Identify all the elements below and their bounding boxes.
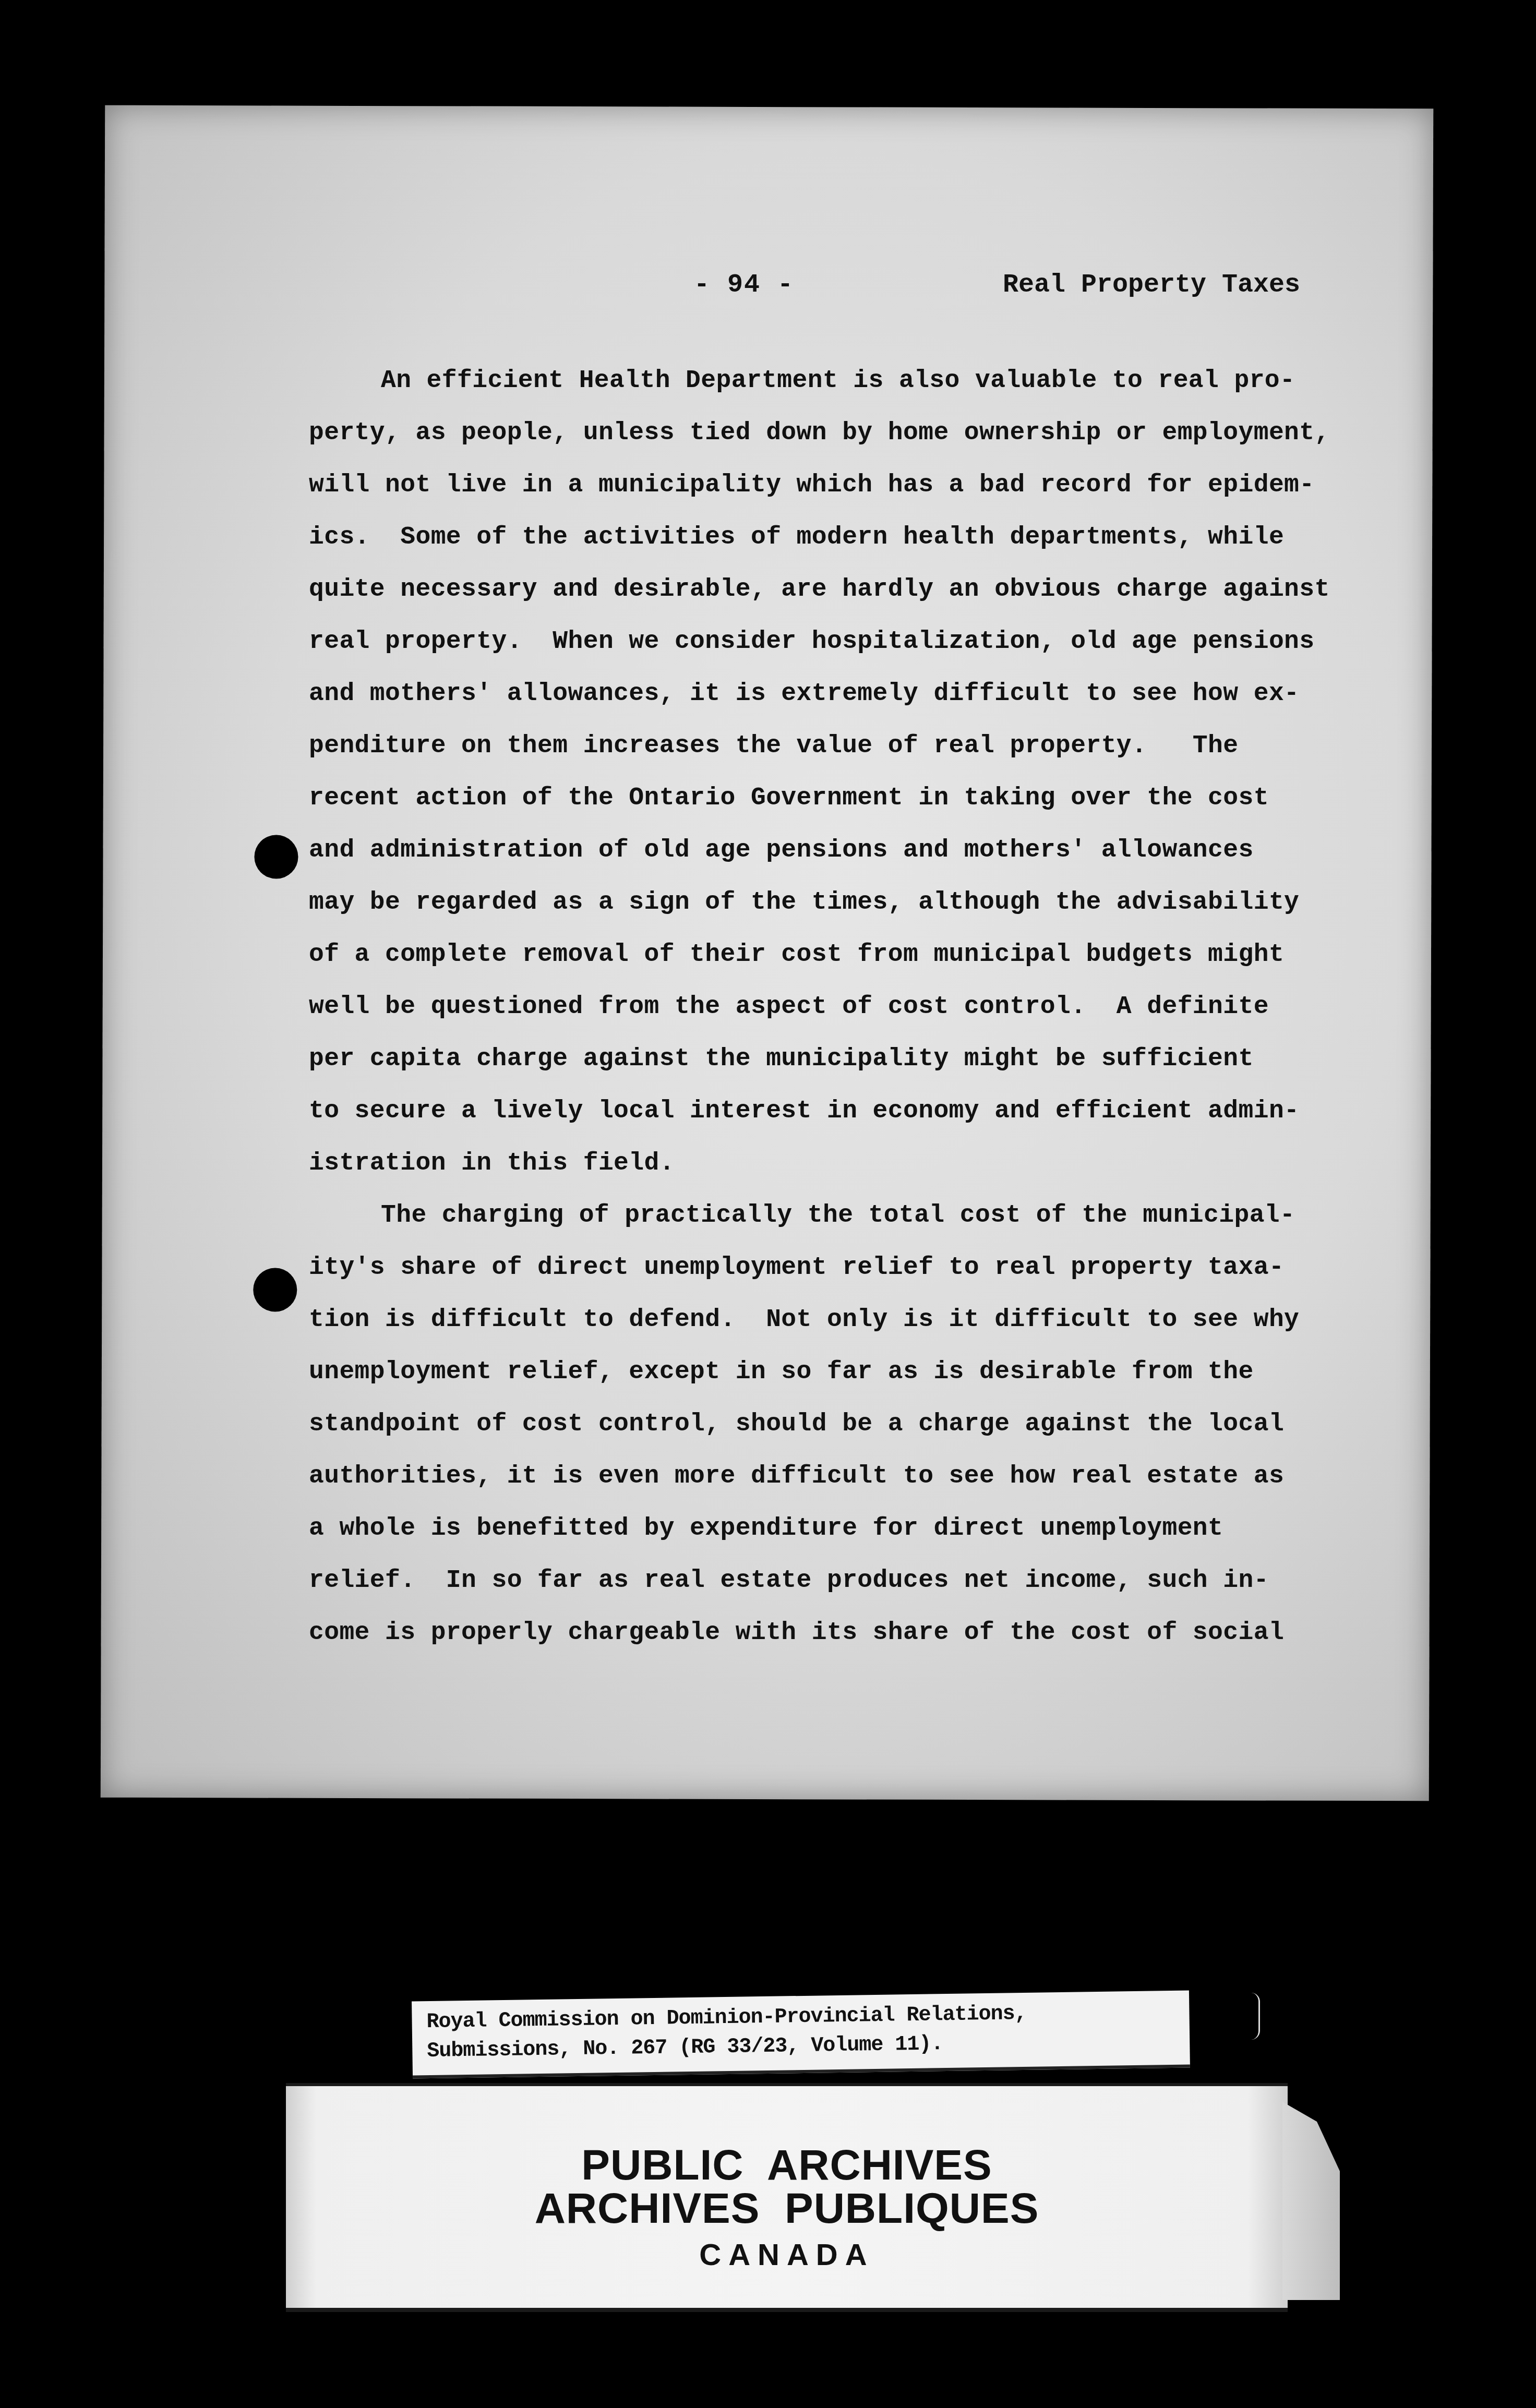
archive-stamp-card: PUBLIC ARCHIVES ARCHIVES PUBLIQUES CANAD… (286, 2083, 1288, 2312)
text-line: come is properly chargeable with its sha… (309, 1607, 1352, 1659)
text-line: tion is difficult to defend. Not only is… (309, 1294, 1352, 1346)
source-label-line-2: Submissions, No. 267 (RG 33/23, Volume 1… (427, 2032, 943, 2063)
card-side-flap (1282, 2102, 1340, 2300)
text-line: unemployment relief, except in so far as… (309, 1346, 1352, 1398)
text-line: a whole is benefitted by expenditure for… (309, 1502, 1352, 1555)
body-text: An efficient Health Department is also v… (309, 355, 1352, 1659)
text-line: standpoint of cost control, should be a … (309, 1398, 1352, 1450)
text-line: relief. In so far as real estate produce… (309, 1555, 1352, 1607)
text-line: may be regarded as a sign of the times, … (309, 876, 1352, 929)
page-header: - 94 - Real Property Taxes (0, 270, 1536, 307)
archive-stamp-english: PUBLIC ARCHIVES (286, 2141, 1288, 2190)
text-line: to secure a lively local interest in eco… (309, 1085, 1352, 1137)
archive-stamp-country: CANADA (286, 2237, 1288, 2272)
paper-curl-mark (1251, 1993, 1260, 2040)
text-line: An efficient Health Department is also v… (309, 355, 1352, 407)
text-line: real property. When we consider hospital… (309, 616, 1352, 668)
text-line: recent action of the Ontario Government … (309, 772, 1352, 824)
text-line: ity's share of direct unemployment relie… (309, 1242, 1352, 1294)
text-line: penditure on them increases the value of… (309, 720, 1352, 772)
page-number: - 94 - (694, 270, 794, 300)
source-label: Royal Commission on Dominion-Provincial … (412, 1991, 1190, 2079)
punch-hole-upper (254, 835, 298, 878)
punch-hole-lower (253, 1268, 297, 1311)
text-line: per capita charge against the municipali… (309, 1033, 1352, 1085)
text-line: will not live in a municipality which ha… (309, 459, 1352, 511)
source-label-line-1: Royal Commission on Dominion-Provincial … (426, 2002, 1027, 2034)
text-line: and mothers' allowances, it is extremely… (309, 668, 1352, 720)
text-line: of a complete removal of their cost from… (309, 929, 1352, 981)
text-line: and administration of old age pensions a… (309, 824, 1352, 876)
running-head: Real Property Taxes (1003, 270, 1300, 300)
text-line: istration in this field. (309, 1137, 1352, 1189)
archive-stamp-french: ARCHIVES PUBLIQUES (286, 2184, 1288, 2233)
text-line: quite necessary and desirable, are hardl… (309, 563, 1352, 616)
text-line: well be questioned from the aspect of co… (309, 981, 1352, 1033)
text-line: authorities, it is even more difficult t… (309, 1450, 1352, 1502)
text-line: ics. Some of the activities of modern he… (309, 511, 1352, 563)
text-line: The charging of practically the total co… (309, 1189, 1352, 1242)
text-line: perty, as people, unless tied down by ho… (309, 407, 1352, 459)
